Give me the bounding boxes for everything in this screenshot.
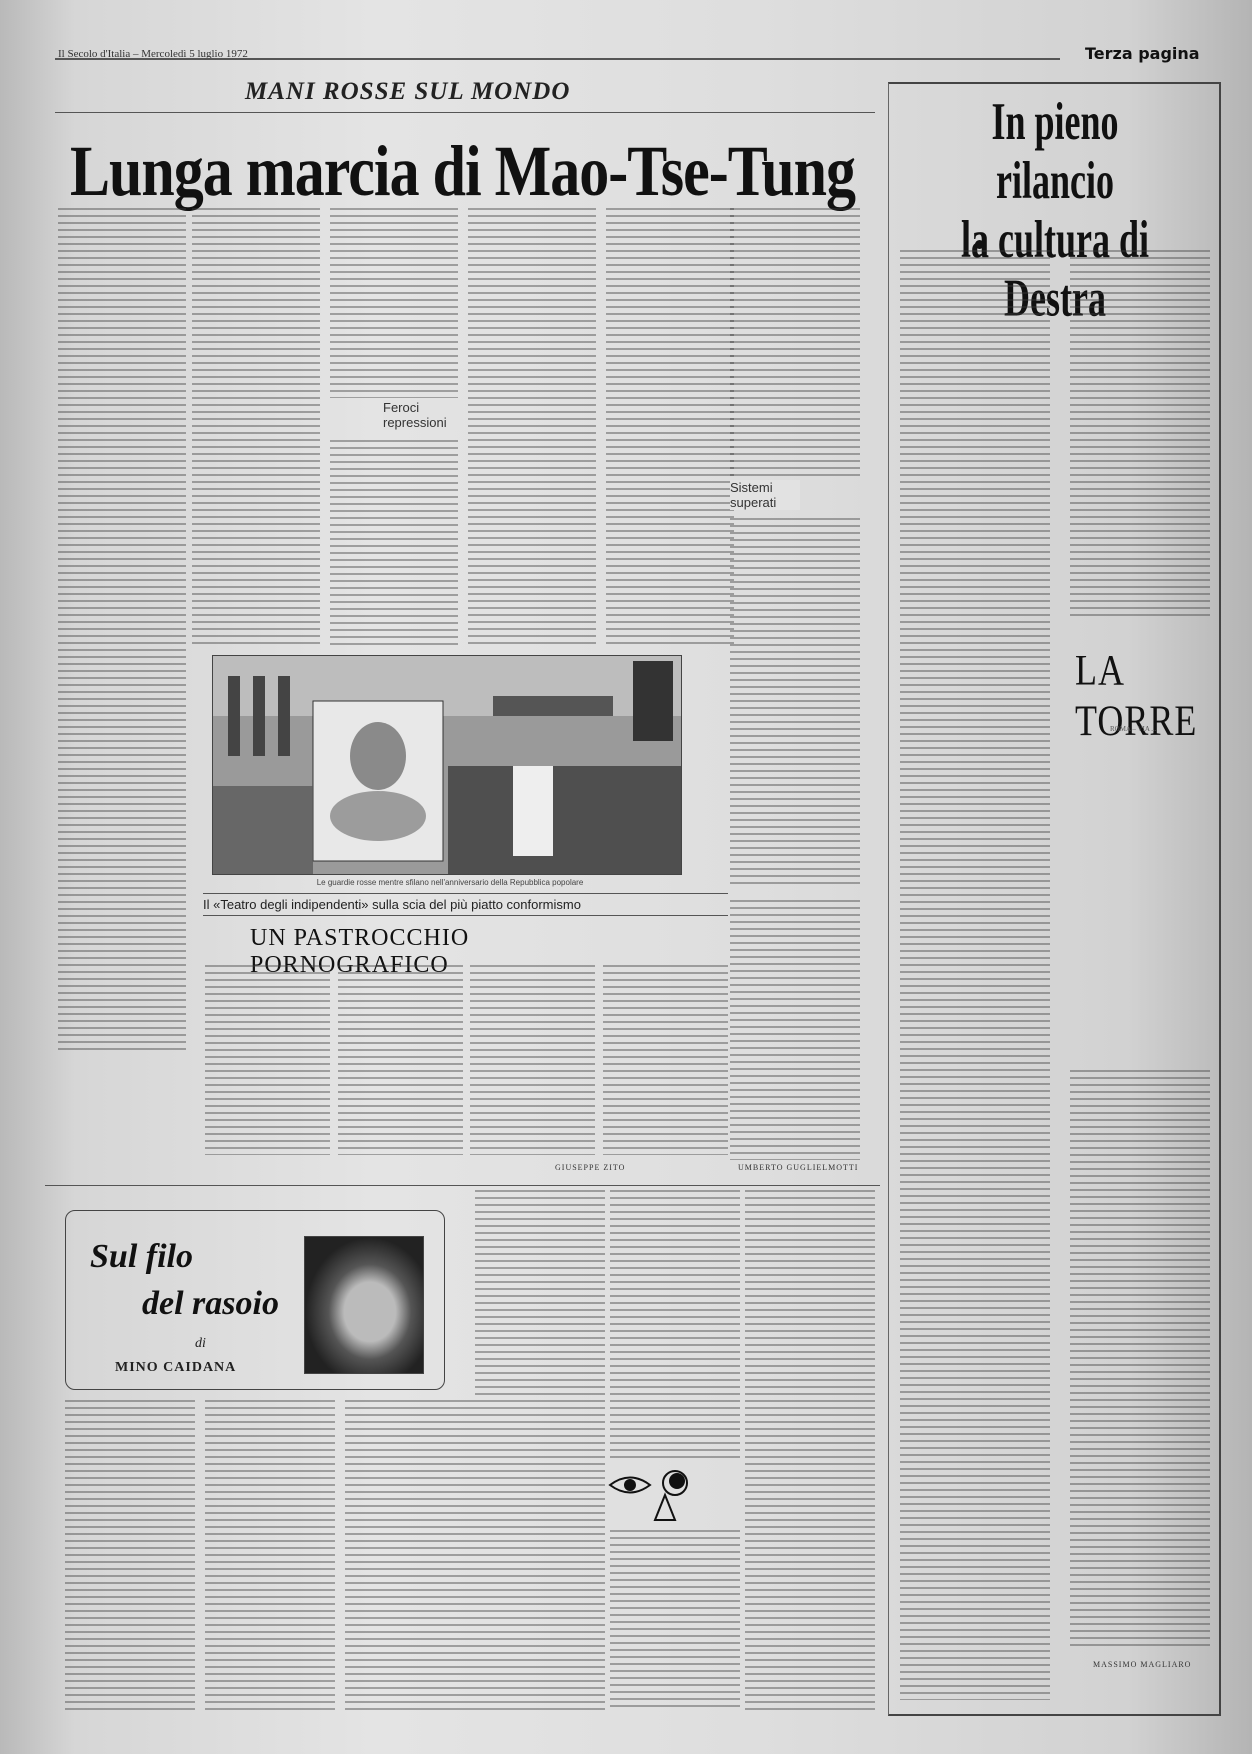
right-text-column: [1070, 250, 1210, 620]
theatre-kicker: Il «Teatro degli indipendenti» sulla sci…: [203, 897, 683, 912]
lead-text-column: [730, 208, 860, 476]
rubric-text-column: [610, 1530, 740, 1710]
advert-subtitle: ROMA – VIA ...: [1110, 725, 1157, 733]
advert-la-torre: LA TORRE: [1075, 645, 1252, 746]
bottom-rule: [45, 1185, 880, 1186]
rubric-di: di: [195, 1336, 206, 1352]
header-rule: [55, 58, 1060, 60]
photo-caption: Le guardie rosse mentre sfilano nell'ann…: [240, 878, 660, 887]
eye-drawing-icon: [605, 1465, 695, 1525]
theatre-byline-zito: GIUSEPPE ZITO: [555, 1163, 625, 1172]
lead-text-column: [730, 900, 860, 1160]
right-text-column: [900, 250, 1050, 1700]
kicker-rule: [55, 112, 875, 113]
newspaper-page: Il Secolo d'Italia – Mercoledì 5 luglio …: [0, 0, 1252, 1754]
right-byline: MASSIMO MAGLIARO: [1093, 1660, 1191, 1669]
rubric-text-column: [745, 1190, 875, 1710]
theatre-text-column: [603, 965, 728, 1155]
theatre-text-column: [338, 965, 463, 1155]
right-headline-line-1: In pieno rilancio: [940, 92, 1170, 210]
subhead-feroci: Feroci repressioni: [383, 400, 463, 430]
lead-text-column: [330, 440, 458, 648]
lead-text-column: [58, 208, 186, 1053]
bullet-icon: [975, 240, 984, 249]
lead-text-column: [730, 518, 860, 888]
lead-text-column: [330, 208, 458, 398]
rubric-text-column: [610, 1190, 740, 1460]
rubric-title-1: Sul filo: [90, 1238, 193, 1276]
rubric-text-column: [475, 1190, 605, 1710]
lead-kicker: MANI ROSSE SUL MONDO: [245, 78, 665, 106]
lead-text-column: [468, 208, 596, 648]
lead-text-column: [606, 208, 734, 648]
theatre-rule: [203, 915, 728, 916]
right-text-column: [1070, 1070, 1210, 1650]
theatre-text-column: [470, 965, 595, 1155]
lead-text-column: [192, 208, 320, 648]
author-portrait: [304, 1236, 424, 1374]
theatre-byline-guglielmotti: UMBERTO GUGLIELMOTTI: [738, 1163, 858, 1172]
rubric-text-column: [205, 1400, 335, 1710]
theatre-top-rule: [203, 893, 728, 894]
lead-headline: Lunga marcia di Mao-Tse-Tung: [70, 135, 860, 207]
subhead-sistemi: Sistemi superati: [730, 480, 800, 510]
rubric-text-column: [65, 1400, 195, 1710]
parade-photo: [212, 655, 682, 875]
rubric-text-column: [345, 1400, 475, 1710]
section-label: Terza pagina: [1085, 44, 1200, 63]
rubric-author: MINO CAIDANA: [115, 1360, 236, 1376]
theatre-text-column: [205, 965, 330, 1155]
rubric-title-2: del rasoio: [142, 1285, 279, 1323]
